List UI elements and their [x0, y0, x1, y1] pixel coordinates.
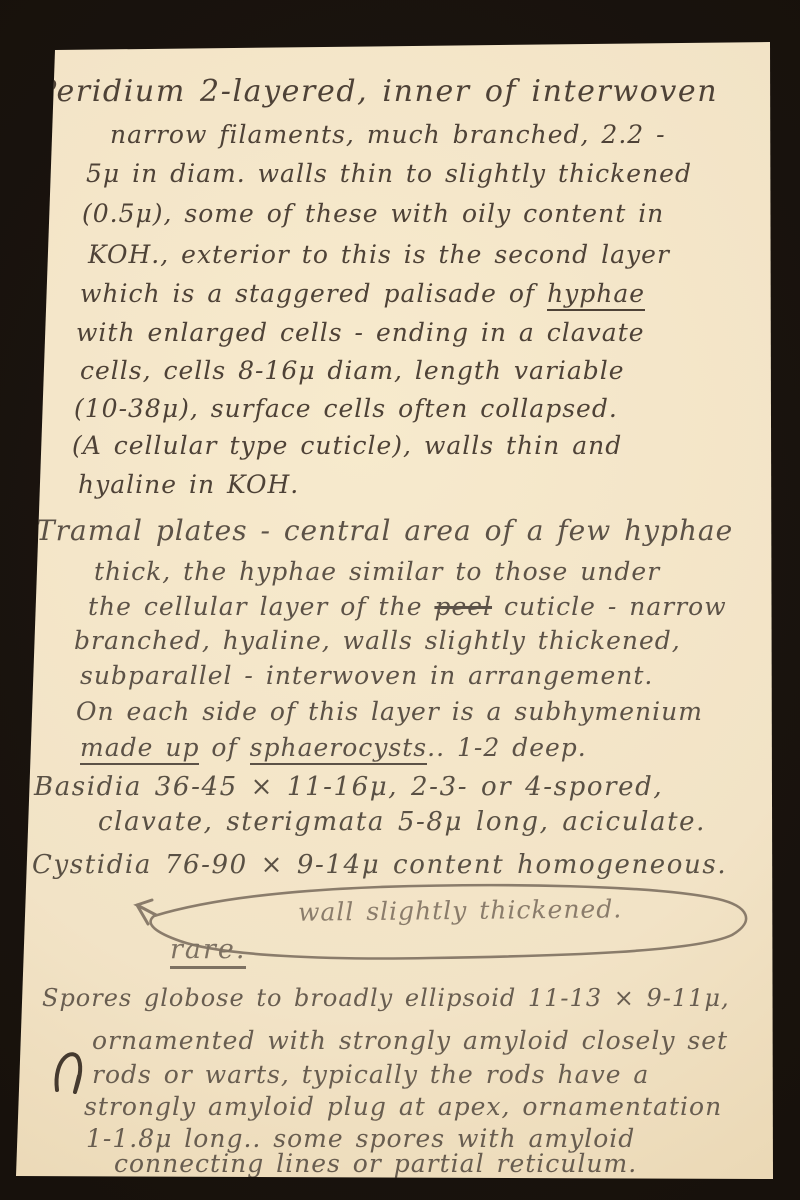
handwritten-line: Cystidia 76-90 × 9-14μ content homogeneo… [32, 850, 727, 880]
line-text: clavate, sterigmata 5-8μ long, aciculate… [98, 807, 706, 837]
handwritten-line: Spores globose to broadly ellipsoid 11-1… [42, 984, 730, 1012]
underlined-phrase-made-up: made up [80, 733, 199, 765]
line-text: .. 1-2 deep. [427, 733, 587, 762]
handwritten-line: Basidia 36-45 × 11-16μ, 2-3- or 4-spored… [34, 772, 663, 802]
line-text: branched, hyaline, walls slightly thicke… [74, 626, 681, 655]
handwritten-line: the cellular layer of the peel cuticle -… [88, 592, 727, 621]
handwritten-index-card: Peridium 2-layered, inner of interwoven … [0, 0, 800, 1200]
line-text: which is a staggered palisade of [80, 279, 547, 308]
line-text: rods or warts, typically the rods have a [92, 1060, 649, 1089]
line-text: (A cellular type cuticle), walls thin an… [72, 431, 622, 460]
handwritten-line: cells, cells 8-16μ diam, length variable [80, 356, 625, 385]
underlined-word-hyphae: hyphae [547, 279, 645, 311]
handwritten-line: ornamented with strongly amyloid closely… [92, 1026, 728, 1055]
handwritten-line: (10-38μ), surface cells often collapsed. [74, 394, 618, 423]
line-text: the cellular layer of the [88, 592, 434, 621]
struck-out-word: peel [434, 592, 492, 621]
line-text: On each side of this layer is a subhymen… [76, 697, 703, 726]
balloon-pointer-arrow [137, 900, 156, 924]
callout-note: wall slightly thickened. [298, 894, 623, 926]
line-text: strongly amyloid plug at apex, ornamenta… [84, 1092, 722, 1121]
handwritten-line: (0.5μ), some of these with oily content … [82, 199, 664, 228]
handwritten-line: which is a staggered palisade of hyphae [80, 279, 645, 308]
line-text: Tramal plates - central area of a few hy… [36, 514, 733, 547]
rare-label: rare. [170, 934, 246, 969]
line-text: cells, cells 8-16μ diam, length variable [80, 356, 625, 385]
line-text: connecting lines or partial reticulum. [114, 1149, 637, 1178]
line-text: Spores globose to broadly ellipsoid 11-1… [42, 984, 730, 1012]
photo-background: Peridium 2-layered, inner of interwoven … [0, 0, 800, 1200]
line-text: hyaline in KOH. [78, 470, 299, 499]
handwritten-line: Tramal plates - central area of a few hy… [36, 514, 733, 547]
handwritten-line: narrow filaments, much branched, 2.2 - [110, 120, 666, 149]
line-text: Basidia 36-45 × 11-16μ, 2-3- or 4-spored… [34, 772, 663, 802]
handwritten-line: strongly amyloid plug at apex, ornamenta… [84, 1092, 722, 1121]
handwritten-line: branched, hyaline, walls slightly thicke… [74, 626, 681, 655]
line-text: ornamented with strongly amyloid closely… [92, 1026, 728, 1055]
handwritten-line: rods or warts, typically the rods have a [92, 1060, 649, 1089]
handwritten-line: (A cellular type cuticle), walls thin an… [72, 431, 622, 460]
line-text: (0.5μ), some of these with oily content … [82, 199, 664, 228]
line-text: 5μ in diam. walls thin to slightly thick… [86, 159, 692, 188]
line-text: Peridium 2-layered, inner of interwoven [36, 74, 718, 109]
handwritten-line: KOH., exterior to this is the second lay… [88, 240, 670, 269]
handwritten-line: thick, the hyphae similar to those under [94, 557, 660, 586]
line-text: (10-38μ), surface cells often collapsed. [74, 394, 618, 423]
handwritten-line: 5μ in diam. walls thin to slightly thick… [86, 159, 692, 188]
handwritten-line: clavate, sterigmata 5-8μ long, aciculate… [98, 807, 706, 837]
underlined-word-sphaerocysts: sphaerocysts [250, 733, 427, 765]
line-text: thick, the hyphae similar to those under [94, 557, 660, 586]
line-text: subparallel - interwoven in arrangement. [80, 661, 653, 690]
line-text: with enlarged cells - ending in a clavat… [76, 318, 645, 347]
line-text: KOH., exterior to this is the second lay… [88, 240, 670, 269]
line-text: cuticle - narrow [492, 592, 727, 621]
line-text: Cystidia 76-90 × 9-14μ content homogeneo… [32, 850, 727, 880]
handwritten-line: On each side of this layer is a subhymen… [76, 697, 703, 726]
handwritten-line: Peridium 2-layered, inner of interwoven [36, 74, 718, 109]
handwritten-line: hyaline in KOH. [78, 470, 299, 499]
handwritten-line: with enlarged cells - ending in a clavat… [76, 318, 645, 347]
handwritten-line: connecting lines or partial reticulum. [114, 1149, 637, 1178]
handwritten-line: subparallel - interwoven in arrangement. [80, 661, 653, 690]
line-text: of [199, 733, 249, 762]
handwritten-line: made up of sphaerocysts.. 1-2 deep. [80, 733, 587, 762]
line-text: narrow filaments, much branched, 2.2 - [110, 120, 666, 149]
margin-paragraph-mark [50, 1042, 86, 1096]
